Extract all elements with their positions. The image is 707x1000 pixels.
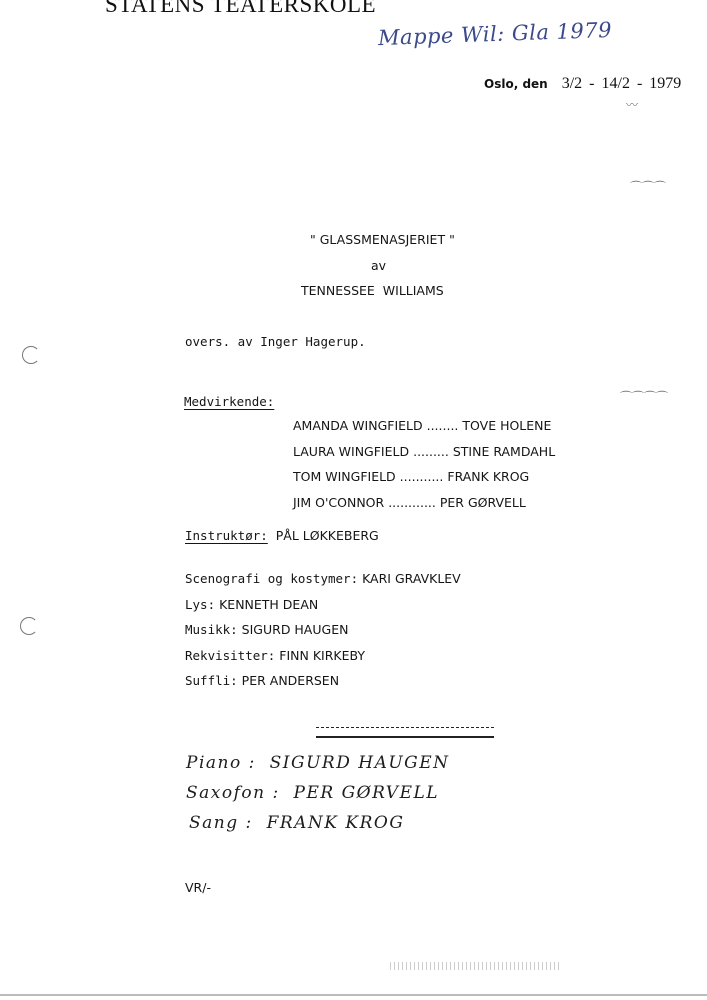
play-title: " GLASSMENASJERIET " bbox=[310, 232, 455, 247]
scan-artifact: ⌒⌒⌒⌒ bbox=[620, 388, 668, 405]
credit-label: Musikk: bbox=[185, 622, 238, 637]
cast-actor: PER GØRVELL bbox=[440, 495, 526, 510]
cast-actor: FRANK KROG bbox=[447, 469, 529, 484]
letterhead: STATENS TEATERSKOLE bbox=[105, 0, 376, 18]
handwritten-music-row: Saxofon : PER GØRVELL bbox=[186, 783, 439, 803]
credit-row: Musikk: SIGURD HAUGEN bbox=[185, 622, 348, 637]
cast-role: TOM WINGFIELD bbox=[293, 469, 396, 484]
cast-actor: TOVE HOLENE bbox=[462, 418, 551, 433]
credit-label: Rekvisitter: bbox=[185, 648, 275, 663]
credit-name: PER ANDERSEN bbox=[242, 673, 339, 688]
cast-leader-dots: ........ bbox=[427, 418, 459, 433]
cast-heading: Medvirkende: bbox=[184, 394, 274, 409]
cast-leader-dots: ......... bbox=[413, 444, 449, 459]
scan-artifact: ⌒⌒⌒ bbox=[630, 178, 666, 195]
instrument-label: Sang : bbox=[189, 813, 253, 833]
credit-name: KARI GRAVKLEV bbox=[362, 571, 461, 586]
cast-role: LAURA WINGFIELD bbox=[293, 444, 409, 459]
musician-name: PER GØRVELL bbox=[294, 783, 440, 803]
director-line: Instruktør: PÅL LØKKEBERG bbox=[185, 528, 379, 543]
date-line: Oslo, den3/2 - 14/2 - 1979 bbox=[484, 75, 681, 93]
cast-leader-dots: ............ bbox=[388, 495, 436, 510]
instrument-label: Piano : bbox=[186, 753, 256, 773]
credit-name: KENNETH DEAN bbox=[219, 597, 318, 612]
scan-artifact bbox=[390, 962, 560, 970]
instrument-label: Saxofon : bbox=[186, 783, 280, 803]
credit-name: SIGURD HAUGEN bbox=[242, 622, 349, 637]
credit-label: Lys: bbox=[185, 597, 215, 612]
musician-name: FRANK KROG bbox=[267, 813, 405, 833]
separator-line bbox=[316, 727, 494, 738]
play-author: TENNESSEE WILLIAMS bbox=[301, 283, 444, 298]
credit-row: Rekvisitter: FINN KIRKEBY bbox=[185, 648, 365, 663]
page-bottom-edge bbox=[0, 994, 707, 996]
cast-role: AMANDA WINGFIELD bbox=[293, 418, 423, 433]
credit-row: Lys: KENNETH DEAN bbox=[185, 597, 318, 612]
date-label: Oslo, den bbox=[484, 77, 548, 91]
credit-name: FINN KIRKEBY bbox=[279, 648, 365, 663]
cast-actor: STINE RAMDAHL bbox=[453, 444, 555, 459]
cast-role: JIM O'CONNOR bbox=[293, 495, 384, 510]
musician-name: SIGURD HAUGEN bbox=[270, 753, 450, 773]
handwritten-music-row: Piano : SIGURD HAUGEN bbox=[186, 753, 450, 773]
cast-row: TOM WINGFIELD ........... FRANK KROG bbox=[293, 469, 529, 484]
translator-credit: overs. av Inger Hagerup. bbox=[185, 334, 366, 349]
director-name: PÅL LØKKEBERG bbox=[276, 528, 379, 543]
handwritten-initials: 〰 bbox=[626, 96, 638, 113]
handwritten-archive-note: Mappe Wil: Gla 1979 bbox=[378, 18, 613, 50]
cast-row: AMANDA WINGFIELD ........ TOVE HOLENE bbox=[293, 418, 551, 433]
play-by: av bbox=[371, 258, 386, 273]
credit-label: Scenografi og kostymer: bbox=[185, 571, 358, 586]
cast-row: LAURA WINGFIELD ......... STINE RAMDAHL bbox=[293, 444, 555, 459]
punch-hole-icon bbox=[20, 617, 38, 635]
punch-hole-icon bbox=[22, 346, 40, 364]
reference-code: VR/- bbox=[185, 880, 211, 895]
cast-leader-dots: ........... bbox=[400, 469, 444, 484]
credit-label: Suffli: bbox=[185, 673, 238, 688]
cast-row: JIM O'CONNOR ............ PER GØRVELL bbox=[293, 495, 526, 510]
director-label: Instruktør: bbox=[185, 528, 268, 543]
date-value: 3/2 - 14/2 - 1979 bbox=[562, 75, 682, 92]
handwritten-music-row: Sang : FRANK KROG bbox=[189, 813, 404, 833]
credit-row: Scenografi og kostymer: KARI GRAVKLEV bbox=[185, 571, 461, 586]
credit-row: Suffli: PER ANDERSEN bbox=[185, 673, 339, 688]
